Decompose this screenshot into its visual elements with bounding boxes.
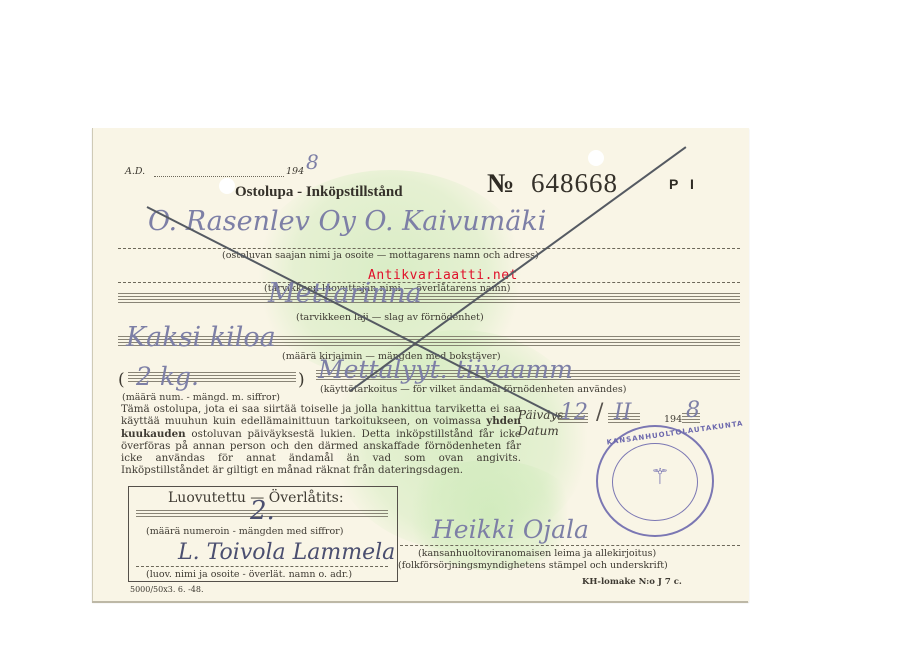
date-separator: / bbox=[596, 400, 603, 425]
print-code: 5000/50x3. 6. -48. bbox=[130, 585, 204, 594]
date-month-handwritten: II bbox=[614, 400, 631, 425]
number-symbol: № bbox=[487, 168, 514, 199]
authority-signature-line bbox=[400, 545, 740, 546]
ad-year-prefix: 194 bbox=[286, 166, 304, 177]
document-edge bbox=[92, 601, 748, 603]
authority-signature-handwritten: Heikki Ojala bbox=[432, 515, 589, 544]
goods-type-handwritten: Mettarinna bbox=[268, 278, 422, 309]
goods-type-ruled-line bbox=[118, 293, 740, 305]
transfer-signature-line bbox=[136, 566, 388, 567]
document-title: Ostolupa - Inköpstillstånd bbox=[235, 184, 403, 201]
ad-label: A.D. bbox=[125, 166, 145, 177]
quantity-close-paren: ) bbox=[298, 370, 305, 390]
date-year-handwritten: 8 bbox=[686, 398, 700, 423]
series-code: P I bbox=[669, 176, 698, 192]
ad-year-handwritten: 8 bbox=[306, 150, 319, 174]
date-year-prefix: 194 bbox=[664, 414, 682, 425]
transfer-quantity-handwritten: 2. bbox=[250, 496, 275, 526]
terms-text-before: Tämä ostolupa, jota ei saa siirtää toise… bbox=[121, 403, 521, 427]
date-label-sv: Datum bbox=[518, 424, 559, 438]
authority-caption-sv: (folkförsörjningsmyndighetens stämpel oc… bbox=[398, 560, 668, 571]
punch-hole bbox=[588, 150, 604, 166]
quantity-open-paren: ( bbox=[118, 370, 125, 390]
ad-dotted-line bbox=[154, 176, 284, 177]
purpose-caption: (käyttötarkoitus — för vilket ändamål fö… bbox=[320, 384, 626, 395]
stamp-emblem-icon: ⚚ bbox=[650, 465, 671, 490]
transfer-signature-handwritten: L. Toivola Lammela bbox=[178, 540, 395, 565]
date-day-handwritten: 12 bbox=[560, 400, 588, 425]
transfer-signature-caption: (luov. nimi ja osoite - överlät. namn o.… bbox=[146, 569, 352, 580]
official-stamp: KANSANHUOLTOLAUTAKUNTA ⚚ bbox=[596, 425, 714, 537]
authority-caption-fi: (kansanhuoltoviranomaisen leima ja allek… bbox=[418, 548, 656, 559]
quantity-figures-handwritten: 2 kg. bbox=[136, 362, 199, 391]
recipient-line bbox=[118, 248, 740, 249]
terms-paragraph: Tämä ostolupa, jota ei saa siirtää toise… bbox=[121, 403, 521, 477]
transfer-quantity-caption: (määrä numeroin - mängden med siffror) bbox=[146, 526, 343, 537]
punch-hole bbox=[219, 178, 235, 194]
quantity-words-handwritten: Kaksi kiloa bbox=[126, 322, 276, 353]
recipient-handwritten: O. Rasenlev Oy O. Kaivumäki bbox=[148, 206, 546, 237]
serial-number: 648668 bbox=[531, 168, 618, 199]
form-code: KH-lomake N:o J 7 c. bbox=[582, 577, 682, 587]
recipient-caption: (ostoluvan saajan nimi ja osoite — motta… bbox=[222, 250, 539, 261]
quantity-figures-caption: (määrä num. - mängd. m. siffror) bbox=[122, 392, 280, 403]
